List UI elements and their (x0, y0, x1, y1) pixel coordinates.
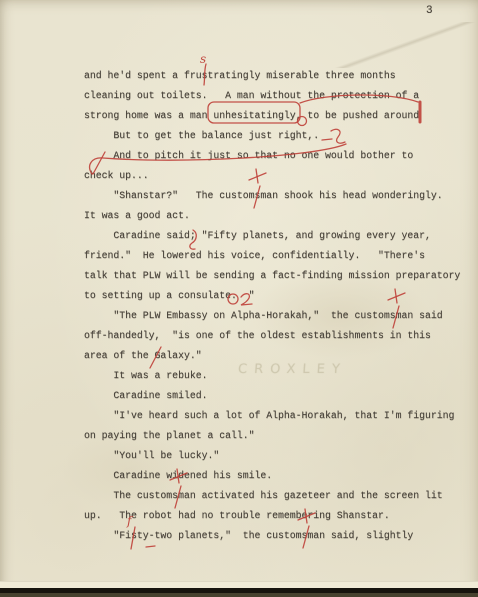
typescript-line: "The PLW Embassy on Alpha-Horakah," the … (84, 306, 474, 326)
typescript-text: and he'd spent a frustratingly miserable… (84, 66, 474, 546)
typescript-line: But to get the balance just right,. (84, 126, 474, 146)
page-number: 3 (426, 5, 433, 17)
typescript-line: to setting up a consulate. " (84, 286, 474, 306)
typescript-line: It was a good act. (84, 206, 474, 226)
typescript-line: And to pitch it just so that no one woul… (84, 146, 474, 166)
typescript-line: and he'd spent a frustratingly miserable… (84, 66, 474, 86)
typescript-line: "Fisty-two planets," the customsman said… (84, 526, 474, 546)
typescript-line: "I've heard such a lot of Alpha-Horakah,… (84, 406, 474, 426)
typescript-line: The customsman activated his gazeteer an… (84, 486, 474, 506)
typescript-line: It was a rebuke. (84, 366, 474, 386)
typescript-line: Caradine said; "Fifty planets, and growi… (84, 226, 474, 246)
manuscript-page: 3 CROXLEY and he'd spent a frustratingly… (0, 0, 478, 597)
typescript-line: "You'll be lucky." (84, 446, 474, 466)
typescript-line: check up... (84, 166, 474, 186)
typescript-line: Caradine smiled. (84, 386, 474, 406)
typescript-line: Caradine widened his smile. (84, 466, 474, 486)
typescript-line: off-handedly, "is one of the oldest esta… (84, 326, 474, 346)
typescript-line: cleaning out toilets. A man without the … (84, 86, 474, 106)
typescript-line: on paying the planet a call." (84, 426, 474, 446)
paper-crease (330, 22, 478, 68)
typescript-line: talk that PLW will be sending a fact-fin… (84, 266, 474, 286)
scan-edge-backing (0, 593, 478, 597)
typescript-line: "Shanstar?" The customsman shook his hea… (84, 186, 474, 206)
typescript-line: up. The robot had no trouble remembering… (84, 506, 474, 526)
typescript-line: area of the Galaxy." (84, 346, 474, 366)
typescript-line: friend." He lowered his voice, confident… (84, 246, 474, 266)
typescript-line: strong home was a man unhesitatingly, to… (84, 106, 474, 126)
svg-text:s: s (200, 52, 206, 66)
